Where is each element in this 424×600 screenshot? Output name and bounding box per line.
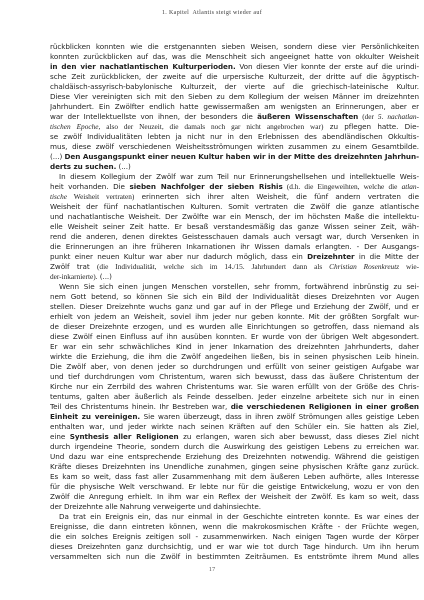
text-line: tentums, galten aber äußerlich als Feind… [50, 392, 419, 402]
text-segment-n: mus, diese zwölf verschiedenen Weisheits… [50, 142, 419, 151]
page-number: 17 [0, 566, 424, 573]
text-segment-sf: (d.h. die Eingeweihten, welche die [283, 182, 402, 191]
chapter-header: 1. Kapitel Atlantis steigt wieder auf [0, 10, 424, 16]
text-segment-b: äußeren Wissenschaften [257, 112, 358, 121]
text-segment-n: heit vorhanden. Die [50, 182, 129, 191]
text-segment-n: wirkte die Erziehung, die ihm die Zwölf … [50, 352, 419, 361]
text-line: und nachatlantische Weisheit. Der Zwölft… [50, 212, 419, 222]
text-segment-n: Ereignisse, die dann eintreten können, w… [50, 522, 419, 531]
text-line: die Erinnerungen an ihre früheren Inkarn… [50, 242, 419, 252]
text-segment-n: chaldäisch-assyrisch-babylonische Kultur… [50, 82, 419, 91]
text-segment-b: derts zu suchen. [50, 162, 116, 171]
text-segment-n: Jahrhundert. Ein Zwölfter endlich hatte … [50, 102, 419, 111]
text-segment-b: in den vier nachatlantischen Kulturperio… [50, 62, 236, 71]
text-line: für die physische Welt verschwand. Er le… [50, 482, 419, 492]
text-segment-n: nem Gott betend, so können Sie sich ein … [50, 292, 419, 301]
text-line: erhielt von jedem an Weisheit, soviel ih… [50, 312, 419, 322]
text-line: stellen. Dieser Dreizehnte wuchs ganz un… [50, 302, 419, 312]
text-segment-n: dieses Dreizehnten ganz durchsichtig, un… [50, 542, 419, 551]
text-line: Kirche nur ein Zerrbild des wahren Chris… [50, 382, 419, 392]
text-line: Und dazu war eine entsprechende Erziehun… [50, 452, 419, 462]
text-line: die ein solches Ereignis zeitigen soll -… [50, 532, 419, 542]
text-segment-n: erhielt von jedem an Weisheit, soviel ih… [50, 312, 419, 321]
text-segment-si: tische [50, 192, 67, 201]
text-segment-sf: Weisheit vertraten) [67, 192, 134, 201]
text-segment-n: sche Zeit zurückblicken, der zweite auf … [50, 72, 419, 81]
text-segment-n: Diese Vier vereinigten sich mit den Sieb… [50, 92, 419, 101]
text-segment-sf: , also der Neuzeit, die damals noch gar … [98, 122, 323, 131]
text-line: Ereignisse, die dann eintreten können, w… [50, 522, 419, 532]
text-segment-n: Es kam so weit, dass fast aller Zusammen… [50, 472, 419, 481]
text-segment-b: Dreizehnter [307, 252, 354, 261]
text-segment-n: durch irgendeine Theorie, sondern durch … [50, 442, 419, 451]
text-line: Einheit zu vereinigen. Sie waren überzeu… [50, 412, 419, 422]
text-block: rückblicken konnten wie die erstgenannte… [50, 42, 419, 562]
text-line: Diese Vier vereinigten sich mit den Sieb… [50, 92, 419, 102]
text-line: Teil des Christentums hinein. Ihr Bestre… [50, 402, 419, 412]
text-segment-n: Er war ein sehr schwächliches Kind in je… [50, 342, 419, 351]
text-line: enthalten war, und jeder wirkte nach sei… [50, 422, 419, 432]
text-segment-n: se zwölf Individualitäten lebten ja nich… [50, 132, 419, 141]
text-segment-n: Kräfte dieses Dreizehnten ins Unendliche… [50, 462, 419, 471]
text-segment-sf: wie- [399, 262, 419, 271]
text-line: wirkte die Erziehung, die ihm die Zwölf … [50, 352, 419, 362]
text-segment-b: sieben Nachfolger der sieben Rishis [129, 182, 282, 191]
text-line: Es kam so weit, dass fast aller Zusammen… [50, 472, 419, 482]
text-segment-n: die ein solches Ereignis zeitigen soll -… [50, 532, 419, 541]
text-segment-n: (...) [97, 272, 111, 281]
text-segment-n: Kirche nur ein Zerrbild des wahren Chris… [50, 382, 419, 391]
text-line: Er war ein sehr schwächliches Kind in je… [50, 342, 419, 352]
text-line: Jahrhundert. Ein Zwölfter endlich hatte … [50, 102, 419, 112]
text-segment-si: atlan- [402, 182, 419, 191]
text-segment-sf: (der [358, 112, 378, 121]
text-line: elle Weisheit seiner Zeit hatte. Er besa… [50, 222, 419, 232]
text-segment-n: zu erlangen, waren sich aber bewusst, da… [179, 432, 419, 441]
text-segment-n: Und dazu war eine entsprechende Erziehun… [50, 452, 419, 461]
text-line: der-inkarnierte). (...) [50, 272, 419, 282]
text-line: diese Zwölf einen Einfluss auf ihn ausüb… [50, 332, 419, 342]
text-segment-n: rend die anderen, denen direktes Geistes… [50, 232, 419, 241]
text-segment-sf: der-inkarnierte). [50, 272, 97, 281]
text-line: in den vier nachatlantischen Kulturperio… [50, 62, 419, 72]
text-line: se zwölf Individualitäten lebten ja nich… [50, 132, 419, 142]
text-line: Zwölf trat (die Individualität, welche s… [50, 262, 419, 272]
text-segment-b: Den Ausgangspunkt einer neuen Kultur hab… [65, 152, 419, 161]
text-segment-n: tentums, galten aber äußerlich als Feind… [50, 392, 419, 401]
text-line: dieses Dreizehnten ganz durchsichtig, un… [50, 542, 419, 552]
text-segment-n: Zwölf trat [50, 262, 97, 271]
text-line: tische Weisheit vertraten) erinnerten si… [50, 192, 419, 202]
text-line: konnten zurückblicken auf das, was die M… [50, 52, 419, 62]
text-line: heit vorhanden. Die sieben Nachfolger de… [50, 182, 419, 192]
text-segment-n: für die physische Welt verschwand. Er le… [50, 482, 419, 491]
text-segment-n: eine [50, 432, 70, 441]
text-line: Die Zwölf aber, von denen jeder so durch… [50, 362, 419, 372]
text-segment-si: Christian Rosenkreutz [329, 262, 399, 271]
text-segment-n: konnten zurückblicken auf das, was die M… [50, 52, 419, 61]
text-line: und tief durchdrungen vom Christentum, w… [50, 372, 419, 382]
text-line: tischen Epoche, also der Neuzeit, die da… [50, 122, 419, 132]
text-line: derts zu suchen. (...) [50, 162, 419, 172]
text-line: sche Zeit zurückblicken, der zweite auf … [50, 72, 419, 82]
text-line: durch irgendeine Theorie, sondern durch … [50, 442, 419, 452]
text-segment-n: In diesem Kollegium der Zwölf war zum Te… [59, 172, 419, 181]
text-segment-si: 5. nachatlan- [378, 112, 419, 121]
text-segment-n: (...) [50, 152, 65, 161]
text-segment-sf: (die Individualität, welche sich im 14./… [97, 262, 329, 271]
text-segment-b: Einheit zu vereinigen. [50, 412, 140, 421]
text-segment-n: Da trat ein Ereignis ein, das nur einmal… [59, 512, 419, 521]
text-segment-n: diese Zwölf einen Einfluss auf ihn ausüb… [50, 332, 419, 341]
text-line: Da trat ein Ereignis ein, das nur einmal… [50, 512, 419, 522]
text-segment-n: (...) [116, 162, 130, 171]
text-segment-n: zu pflegen hatte. Die- [323, 122, 419, 131]
text-line: de dieser Dreizehnte erzogen, und es wur… [50, 322, 419, 332]
text-segment-n: erinnerten sich ihrer alten Weisheit, di… [134, 192, 419, 201]
text-line: mus, diese zwölf verschiedenen Weisheits… [50, 142, 419, 152]
text-segment-n: Von diesen Vier konnte der erste auf die… [236, 62, 419, 71]
text-line: In diesem Kollegium der Zwölf war zum Te… [50, 172, 419, 182]
text-segment-n: Teil des Christentums hinein. Ihr Bestre… [50, 402, 231, 411]
text-segment-n: de dieser Dreizehnte erzogen, und es wur… [50, 322, 419, 331]
text-line: (...) Den Ausgangspunkt einer neuen Kult… [50, 152, 419, 162]
text-line: versammelten sich nun die Zwölf in besti… [50, 552, 419, 562]
text-line: Wenn Sie sich einen jungen Menschen vors… [50, 282, 419, 292]
text-line: eine Synthesis aller Religionen zu erlan… [50, 432, 419, 442]
text-segment-n: Weisheit der fünf nachatlantischen Kultu… [50, 202, 419, 211]
text-segment-n: Die Zwölf aber, von denen jeder so durch… [50, 362, 419, 371]
text-segment-n: Zwölf die Anregung erhielt. In ihm war e… [50, 492, 419, 501]
text-segment-n: stellen. Dieser Dreizehnte wuchs ganz un… [50, 302, 419, 311]
text-segment-n: die Erinnerungen an ihre früheren Inkarn… [50, 242, 419, 251]
text-line: Weisheit der fünf nachatlantischen Kultu… [50, 202, 419, 212]
text-segment-n: elle Weisheit seiner Zeit hatte. Er besa… [50, 222, 419, 231]
book-page: 1. Kapitel Atlantis steigt wieder auf rü… [0, 0, 424, 600]
text-line: Zwölf die Anregung erhielt. In ihm war e… [50, 492, 419, 502]
text-line: chaldäisch-assyrisch-babylonische Kultur… [50, 82, 419, 92]
text-segment-n: in die Mitte der [355, 252, 419, 261]
text-segment-n: Sie waren überzeugt, dass in ihren zwölf… [140, 412, 419, 421]
text-line: der Dreizehnte alle Nahrung verweigerte … [50, 502, 419, 512]
text-segment-n: rückblicken konnten wie die erstgenannte… [50, 42, 419, 51]
text-line: war der Intellektuellste von ihnen, der … [50, 112, 419, 122]
text-segment-n: und tief durchdrungen vom Christentum, w… [50, 372, 419, 381]
text-segment-b: Synthesis aller Religionen [70, 432, 179, 441]
text-segment-si: tischen Epoche [50, 122, 98, 131]
text-segment-n: versammelten sich nun die Zwölf in besti… [50, 552, 419, 561]
text-segment-n: Wenn Sie sich einen jungen Menschen vors… [59, 282, 419, 291]
text-segment-n: der Dreizehnte alle Nahrung verweigerte … [50, 502, 261, 511]
text-segment-n: war der Intellektuellste von ihnen, der … [50, 112, 257, 121]
text-line: rend die anderen, denen direktes Geistes… [50, 232, 419, 242]
text-line: nem Gott betend, so können Sie sich ein … [50, 292, 419, 302]
text-segment-n: und nachatlantische Weisheit. Der Zwölft… [50, 212, 419, 221]
text-line: Kräfte dieses Dreizehnten ins Unendliche… [50, 462, 419, 472]
text-line: punkt einer neuen Kultur war aber nur da… [50, 252, 419, 262]
text-line: rückblicken konnten wie die erstgenannte… [50, 42, 419, 52]
text-segment-b: die verschiedenen Religionen in einer gr… [231, 402, 419, 411]
text-segment-n: punkt einer neuen Kultur war aber nur da… [50, 252, 307, 261]
text-segment-n: enthalten war, und jeder wirkte nach sei… [50, 422, 419, 431]
